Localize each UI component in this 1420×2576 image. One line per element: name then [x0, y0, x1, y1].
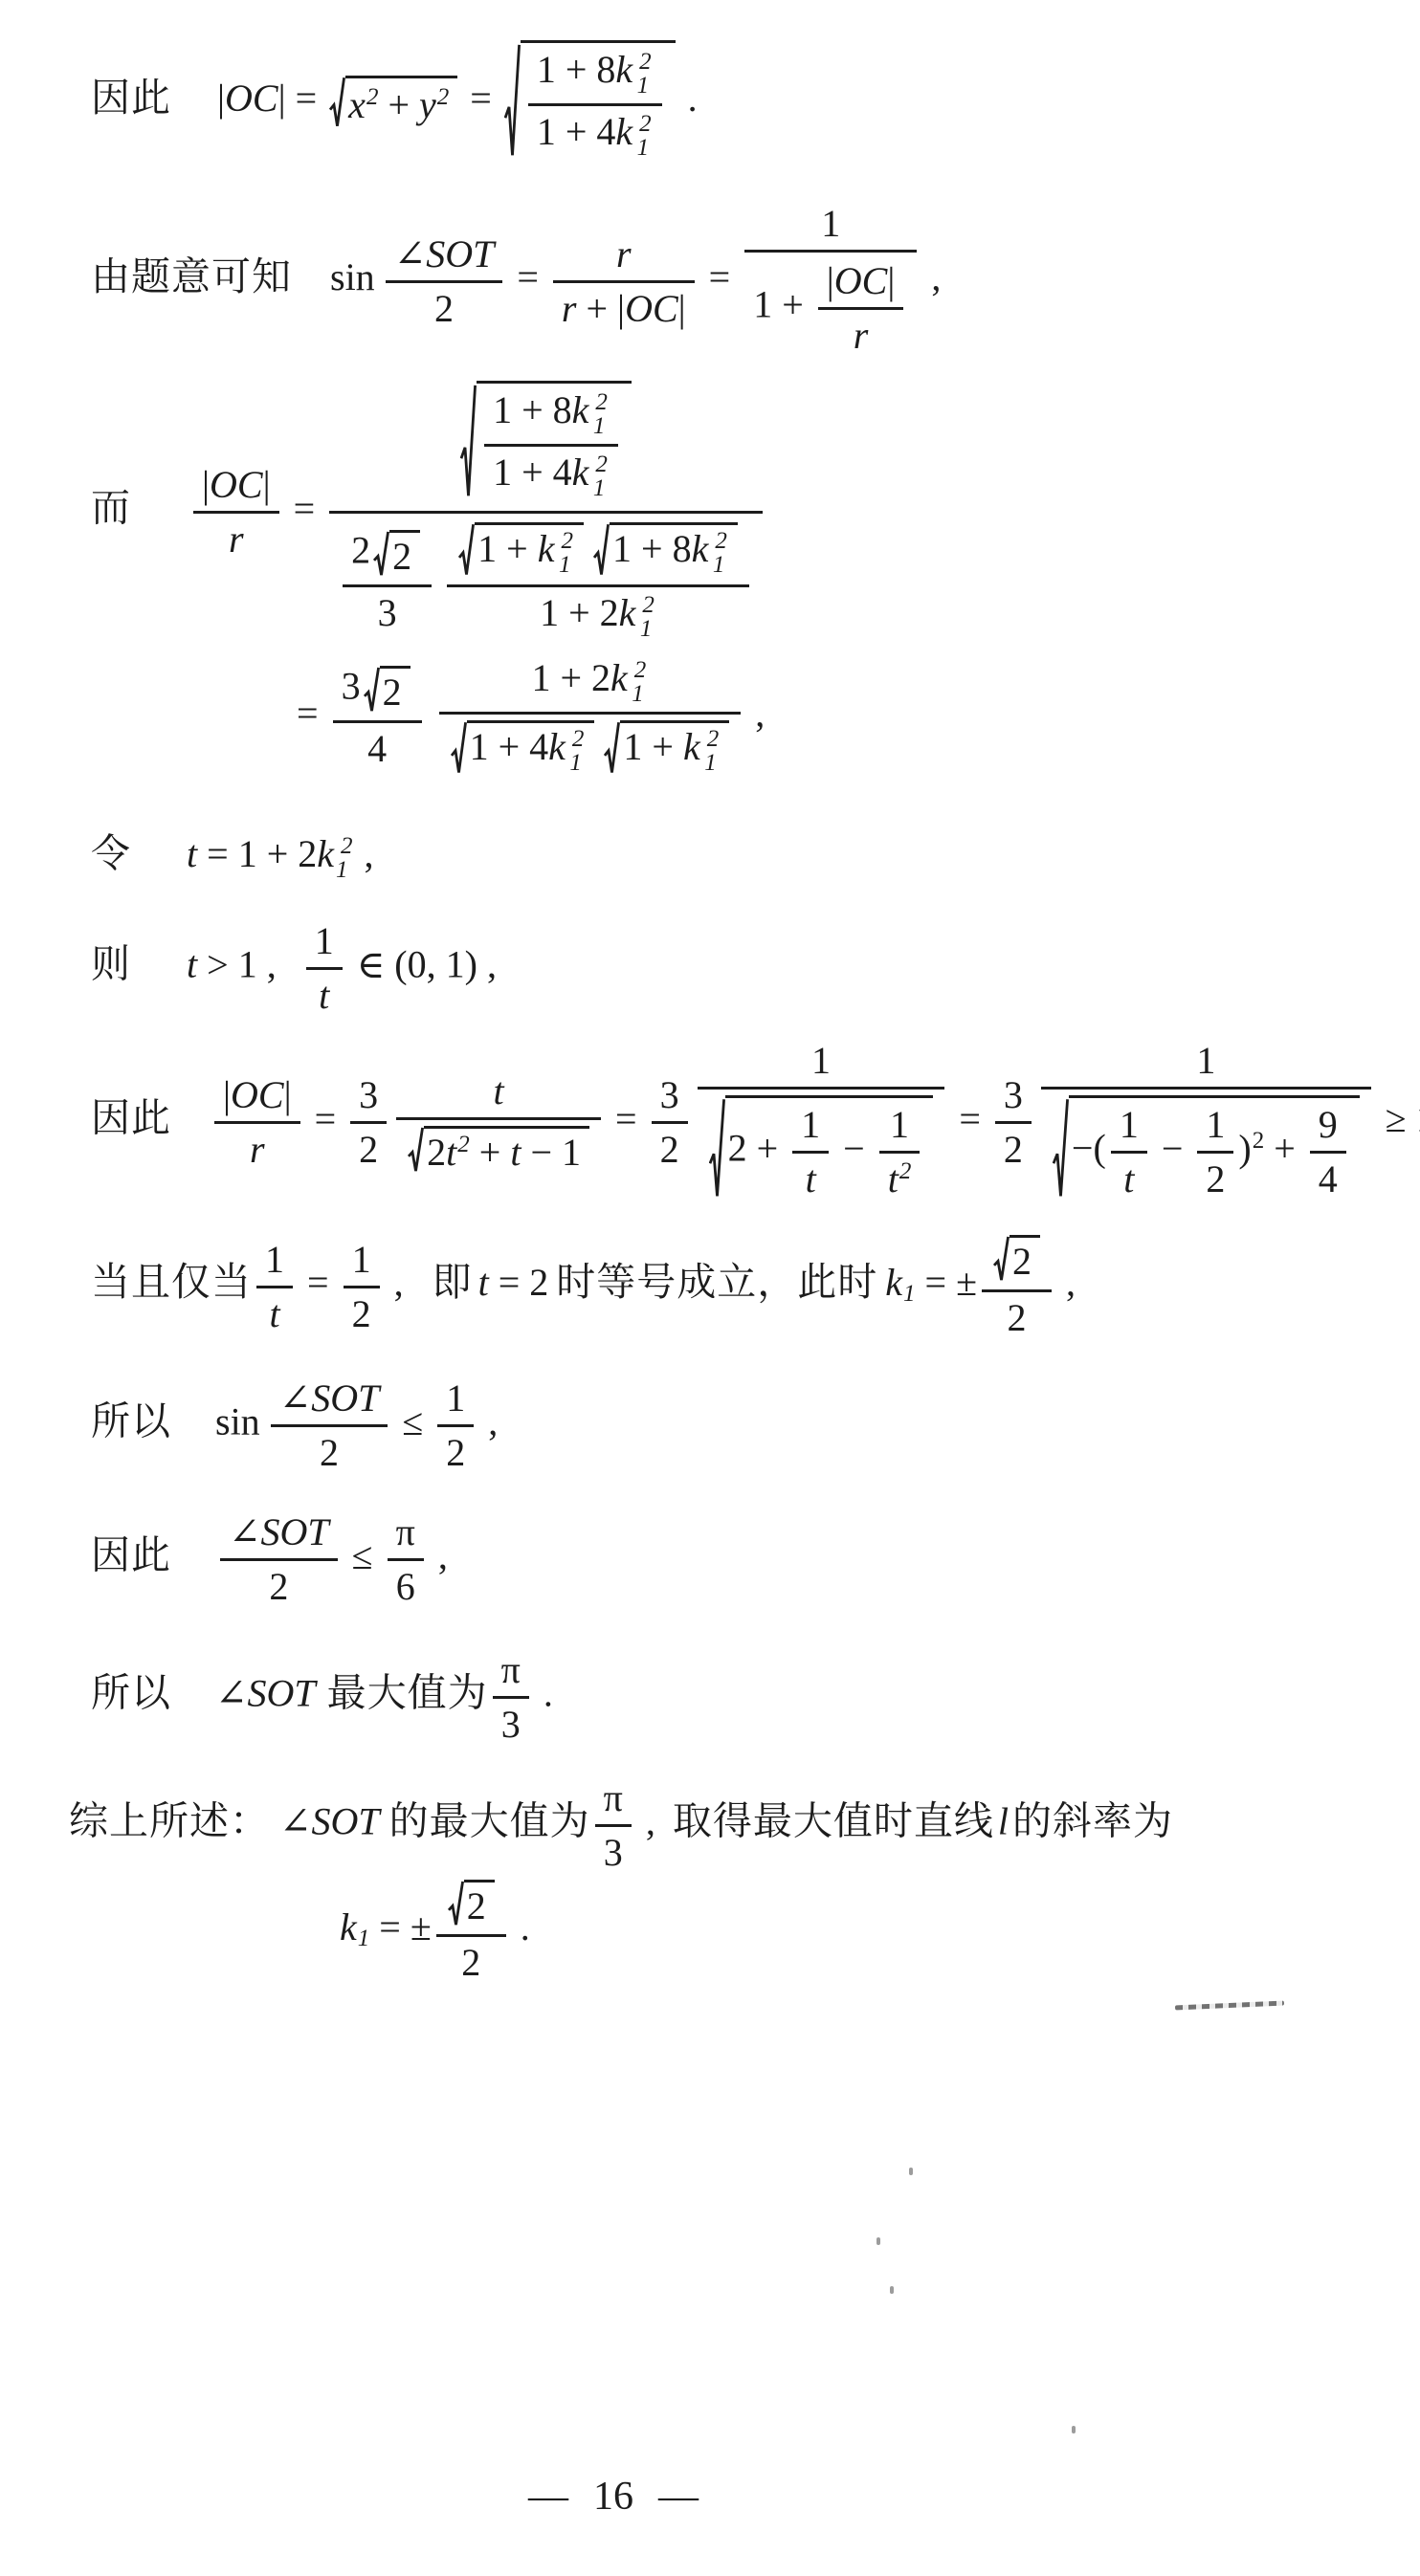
math-operator: +	[556, 110, 597, 153]
fraction-numerator: 3	[995, 1072, 1032, 1124]
math-text: ,	[355, 832, 374, 875]
math-text: 1	[623, 725, 642, 768]
math-fraction: 1t	[1111, 1102, 1147, 1202]
math-variable: k21	[317, 832, 354, 875]
chinese-text: 而	[91, 486, 131, 530]
math-text: 1	[537, 110, 556, 153]
math-sqrt: 1+8k211+4k21	[504, 40, 676, 165]
math-operator: −	[1152, 1127, 1193, 1170]
fraction-denominator: 1+4k21	[484, 447, 618, 503]
math-text: ,	[477, 943, 497, 986]
math-text: 1	[352, 1238, 371, 1281]
math-line-11: 所以∠SOT最大值为π3 .	[91, 1647, 553, 1748]
math-line-2: 由题意可知sin∠SOT2=rr+|OC|=11+|OC|r ,	[91, 201, 941, 362]
fraction-numerator: π	[493, 1647, 529, 1699]
chinese-text: 即	[433, 1260, 473, 1304]
math-fraction: ∠SOT2	[220, 1509, 338, 1610]
math-line-10: 因此∠SOT2≤π6 ,	[91, 1509, 448, 1610]
fraction-numerator: 1	[1041, 1038, 1371, 1090]
math-operator: =	[305, 1097, 346, 1140]
math-text: 3	[604, 1831, 623, 1874]
math-text: 4	[596, 110, 615, 153]
math-text: ∠	[229, 1510, 261, 1553]
math-operator: +	[512, 388, 553, 431]
footer-dash-right: —	[658, 2474, 699, 2520]
chinese-text: 的斜率为	[1012, 1799, 1173, 1843]
fraction-numerator: 1	[256, 1237, 293, 1288]
math-text: 1	[493, 388, 512, 431]
math-sqrt: 2	[993, 1235, 1040, 1284]
superscript: 2	[562, 529, 574, 553]
math-line-3: 而|OC|r=1+8k211+4k212231+k211+8k211+2k21	[91, 378, 767, 647]
math-text: ,	[385, 1261, 404, 1304]
math-text: .	[534, 1672, 553, 1715]
math-text: |	[263, 463, 271, 506]
math-fraction: 12	[1197, 1102, 1233, 1202]
math-fraction: 12	[437, 1376, 474, 1476]
fraction-denominator: t	[792, 1154, 829, 1202]
fraction-denominator: r	[193, 514, 279, 562]
fraction-numerator: 1	[879, 1102, 921, 1154]
math-line-7: 因此|OC|r=32t2t2+t−1=3212+1t−1t2=321−(1t−1…	[91, 1038, 1420, 1207]
math-text: |	[223, 1073, 231, 1116]
fraction-denominator: r	[214, 1124, 300, 1173]
superscript: 2	[366, 84, 379, 110]
fraction-denominator: t	[256, 1288, 293, 1337]
math-text: 3	[359, 1073, 378, 1116]
math-text: ,	[636, 1800, 655, 1843]
sqrt-content: 2	[1010, 1235, 1040, 1284]
math-variable: SOT	[261, 1510, 329, 1553]
math-text: 2	[434, 287, 454, 330]
math-sqrt: 2	[373, 530, 420, 579]
superscript: 2	[595, 452, 608, 476]
math-text: 2	[1004, 1128, 1023, 1171]
fraction-numerator: 1	[306, 918, 343, 970]
math-variable: t	[1123, 1157, 1134, 1200]
math-operator: ∈	[347, 943, 395, 986]
math-text: |	[887, 259, 895, 302]
scan-speck	[909, 2168, 913, 2175]
math-fraction: ∠SOT2	[271, 1376, 388, 1476]
math-text: 1	[1196, 1039, 1215, 1082]
math-variable: t	[187, 832, 197, 875]
math-variable: k21	[572, 388, 610, 431]
math-text: 4	[553, 451, 572, 494]
math-line-5: 令t=1+2k21 ,	[91, 830, 374, 882]
math-operator: ≤	[343, 1534, 383, 1577]
math-fraction: |OC|r	[818, 258, 904, 359]
superscript: 2	[457, 1132, 470, 1157]
math-operator: =	[298, 1261, 339, 1304]
math-line-12: 综上所述：∠SOT的最大值为π3 ,取得最大值时直线l的斜率为	[69, 1775, 1173, 1876]
math-text: ,	[1056, 1261, 1076, 1304]
fraction-denominator: 2	[982, 1292, 1052, 1341]
math-scripts: 21	[710, 529, 727, 577]
superscript: 2	[899, 1158, 912, 1184]
subscript: 1	[710, 553, 727, 577]
math-text: 1	[446, 1376, 465, 1420]
sqrt-content: 2t2+t−1	[424, 1126, 589, 1175]
subscript: 1	[634, 74, 652, 98]
math-sqrt: 1+8k21	[593, 522, 738, 579]
fraction-numerator: 1+8k211+4k21	[329, 378, 763, 514]
math-text: 1	[821, 202, 840, 245]
math-operator: +	[470, 1131, 511, 1174]
math-text: ±	[410, 1905, 432, 1949]
math-operator: +	[1264, 1127, 1305, 1170]
math-sqrt: 2t2+t−1	[408, 1126, 589, 1175]
math-text: 1	[562, 1131, 581, 1174]
page-footer: — 16 —	[528, 2474, 699, 2520]
math-operator: ≥	[1376, 1097, 1416, 1140]
math-fraction: π3	[493, 1647, 529, 1748]
chinese-text: 取得最大值时直线	[673, 1799, 994, 1843]
fraction-denominator: 2	[1197, 1154, 1233, 1202]
scan-speck	[890, 2286, 894, 2294]
math-text: ∠	[279, 1376, 312, 1420]
sqrt-content: 1+k21	[475, 522, 584, 579]
math-variable: k21	[538, 527, 575, 570]
math-text: 1	[801, 1103, 820, 1146]
math-fraction: 1+8k211+4k212231+k211+8k211+2k21	[329, 378, 763, 647]
math-text: |	[217, 77, 225, 120]
math-variable: SOT	[311, 1376, 379, 1420]
math-variable: k1	[885, 1261, 915, 1304]
math-operator: =	[286, 77, 327, 120]
math-variable: k21	[615, 48, 653, 91]
math-fraction: 32	[350, 1072, 387, 1173]
footer-dash-left: —	[528, 2474, 568, 2520]
chinese-text: 因此	[91, 1533, 171, 1577]
math-variable: OC	[834, 259, 888, 302]
superscript: 2	[572, 727, 585, 751]
math-text: ±	[956, 1261, 977, 1304]
sqrt-content: 1+8k211+4k21	[477, 381, 632, 505]
math-variable: SOT	[248, 1672, 316, 1715]
sqrt-content: 2+1t−1t2	[725, 1095, 934, 1204]
math-text: 4	[367, 727, 387, 770]
math-sqrt: 1+k21	[458, 522, 584, 579]
sqrt-content: 2	[389, 530, 420, 579]
math-text: |	[617, 287, 625, 330]
subscript: 1	[702, 751, 720, 775]
subscript: 1	[567, 751, 585, 775]
chinese-text: 因此	[91, 1096, 171, 1140]
fraction-numerator: 1	[437, 1376, 474, 1427]
fraction-numerator: 2	[982, 1232, 1052, 1292]
fraction-denominator: 2	[436, 1937, 506, 1986]
math-text: π	[501, 1648, 521, 1691]
fraction-numerator: ∠SOT	[271, 1376, 388, 1427]
math-text: 1	[265, 1238, 284, 1281]
fraction-numerator: 3	[652, 1072, 688, 1124]
chinese-text: 因此	[91, 76, 171, 120]
chinese-text: 由题意可知	[91, 254, 292, 298]
superscript: 2	[595, 390, 608, 414]
fraction-numerator: 2	[436, 1877, 506, 1937]
math-text: 1	[493, 451, 512, 494]
math-variable: k21	[615, 110, 653, 153]
fraction-numerator: 3	[350, 1072, 387, 1124]
subscript: 1	[637, 617, 655, 641]
fraction-denominator: 2	[271, 1427, 388, 1476]
math-variable: OC	[225, 77, 278, 120]
math-text: ,	[257, 943, 277, 986]
math-text: 8	[553, 388, 572, 431]
math-scripts: 21	[634, 50, 652, 98]
fraction-denominator: −(1t−12)2+94	[1041, 1090, 1371, 1207]
math-text: )2	[1238, 1127, 1264, 1170]
fraction-numerator: |OC|	[193, 462, 279, 514]
sqrt-content: 1+8k21	[610, 522, 738, 579]
math-text: 3	[660, 1073, 679, 1116]
fraction-denominator: 2	[344, 1288, 380, 1337]
math-fraction: 12	[344, 1237, 380, 1337]
math-text: .	[678, 77, 698, 120]
math-variable: OC	[231, 1073, 284, 1116]
math-fraction: 1−(1t−12)2+94	[1041, 1038, 1371, 1207]
math-operator: =	[507, 255, 548, 298]
math-operator: ≤	[392, 1400, 433, 1443]
fraction-numerator: ∠SOT	[386, 231, 503, 283]
fraction-denominator: 2	[350, 1124, 387, 1173]
math-sqrt: 1+8k211+4k21	[460, 381, 632, 505]
math-fraction: π3	[595, 1775, 632, 1876]
math-line-6: 则t>1 ,1t∈(0, 1) ,	[91, 918, 497, 1019]
math-text: .	[511, 1905, 530, 1949]
fraction-numerator: t	[396, 1068, 601, 1120]
subscript: 1	[634, 136, 652, 160]
page-number: 16	[593, 2474, 633, 2520]
math-operator: =	[460, 77, 501, 120]
fraction-denominator: t	[306, 970, 343, 1019]
fraction-denominator: t2	[879, 1154, 921, 1202]
superscript: 2	[707, 727, 720, 751]
math-variable: t	[269, 1292, 279, 1335]
math-variable: t2	[888, 1157, 912, 1200]
math-operator: =	[287, 692, 328, 735]
chinese-text: 最大值为	[327, 1671, 488, 1715]
fraction-denominator: 2	[995, 1124, 1032, 1173]
math-operator: =	[197, 832, 238, 875]
fraction-numerator: 1	[744, 201, 917, 253]
math-scripts: 21	[590, 390, 608, 438]
math-variable: r	[229, 517, 244, 561]
math-text: 2	[320, 1431, 339, 1474]
sqrt-content: 1+4k21	[467, 720, 595, 777]
fraction-numerator: 9	[1310, 1102, 1346, 1154]
math-variable: t	[478, 1261, 489, 1304]
radical-icon	[458, 522, 475, 579]
fraction-denominator: 3	[343, 587, 432, 636]
fraction-numerator: ∠SOT	[220, 1509, 338, 1561]
math-text: (0, 1)	[394, 943, 477, 986]
math-text: 1	[1416, 1097, 1420, 1140]
math-variable: k21	[572, 451, 610, 494]
superscript: 2	[634, 658, 647, 682]
math-text: sin	[330, 255, 375, 298]
math-variable: k21	[610, 656, 648, 699]
fraction-numerator: π	[388, 1509, 424, 1561]
subscript: 1	[557, 553, 574, 577]
math-text: 3	[1004, 1073, 1023, 1116]
math-text: 2	[467, 1884, 486, 1927]
fraction-denominator: 2+1t−1t2	[698, 1090, 945, 1207]
math-operator: >	[197, 943, 238, 986]
math-variable: t	[187, 943, 197, 986]
math-variable: k1	[340, 1905, 369, 1949]
math-variable: y2	[419, 83, 449, 126]
math-variable: l	[998, 1800, 1009, 1843]
math-text: ∠	[394, 232, 427, 275]
superscript: 2	[1253, 1128, 1265, 1154]
document-page: 因此|OC|=x2+y2=1+8k211+4k21 .由题意可知sin∠SOT2…	[0, 0, 1420, 2576]
sqrt-content: 1+8k211+4k21	[521, 40, 676, 165]
math-text: 2	[359, 1128, 378, 1171]
radical-icon	[993, 1235, 1010, 1284]
fraction-denominator: 2	[220, 1561, 338, 1610]
subscript: 1	[630, 682, 647, 706]
math-operator: +	[497, 527, 538, 570]
math-text: ,	[921, 255, 941, 298]
math-fraction: 22	[982, 1232, 1052, 1341]
math-text: |	[678, 287, 686, 330]
math-fraction: 22	[436, 1877, 506, 1986]
fraction-denominator: 2	[652, 1124, 688, 1173]
math-fraction: 324	[333, 663, 422, 772]
chinese-text: 令	[91, 831, 131, 875]
math-text: sin	[215, 1400, 260, 1443]
scan-speck	[1072, 2426, 1076, 2433]
math-operator: =	[916, 1261, 957, 1304]
math-sqrt: 1+4k21	[451, 720, 595, 777]
math-operator: =	[369, 1905, 410, 1949]
math-variable: x2	[348, 83, 378, 126]
math-line-8: 当且仅当1t=12 ,即t=2时等号成立，此时k1=±22 ,	[91, 1232, 1076, 1341]
fraction-denominator: r	[818, 310, 904, 359]
superscript: 2	[639, 112, 652, 136]
math-text: 2	[351, 529, 370, 572]
math-text: 3	[378, 591, 397, 634]
math-text: 2	[1206, 1157, 1225, 1200]
chinese-text: 所以	[91, 1399, 171, 1443]
chinese-text: 则	[91, 942, 131, 986]
math-text: 4	[1319, 1157, 1338, 1200]
math-text: 2	[298, 832, 317, 875]
math-text: 1	[1120, 1103, 1139, 1146]
scan-speck	[876, 2237, 880, 2245]
math-fraction: |OC|r	[193, 462, 279, 562]
subscript: 1	[336, 858, 353, 882]
fraction-numerator: 1	[1197, 1102, 1233, 1154]
math-scripts: 21	[557, 529, 574, 577]
math-line-1: 因此|OC|=x2+y2=1+8k211+4k21 .	[91, 40, 698, 165]
math-text: 2	[461, 1941, 480, 1984]
math-text: |	[284, 1073, 292, 1116]
math-text: ,	[429, 1534, 448, 1577]
math-variable: r	[562, 287, 577, 330]
superscript: 2	[715, 529, 727, 553]
math-text: 3	[342, 665, 361, 708]
math-text: 2	[352, 1292, 371, 1335]
math-variable: r	[250, 1128, 265, 1171]
fraction-numerator: 1	[344, 1237, 380, 1288]
math-scripts: 21	[590, 452, 608, 500]
math-text: |	[278, 77, 286, 120]
math-text: 2	[600, 591, 619, 634]
math-operator: +	[632, 527, 673, 570]
subscript: 1	[590, 476, 608, 500]
math-fraction: 12+1t−1t2	[698, 1038, 945, 1207]
math-fraction: 1+8k211+4k21	[528, 47, 662, 163]
fraction-denominator: 3	[493, 1699, 529, 1748]
math-text: 1	[612, 527, 632, 570]
math-text: π	[396, 1510, 415, 1553]
superscript: 2	[642, 593, 655, 617]
fraction-numerator: 1	[792, 1102, 829, 1154]
math-operator: +	[772, 283, 813, 326]
math-fraction: 1t	[792, 1102, 829, 1202]
math-fraction: π6	[388, 1509, 424, 1610]
math-text: |	[827, 259, 834, 302]
math-operator: +	[489, 725, 530, 768]
math-scripts: 21	[567, 727, 585, 775]
math-fraction: ∠SOT2	[386, 231, 503, 332]
math-variable: SOT	[426, 232, 494, 275]
math-fraction: 32	[995, 1072, 1032, 1173]
fraction-denominator: 4	[333, 723, 422, 772]
sqrt-content: 2	[380, 666, 410, 715]
math-text: 2	[383, 671, 402, 714]
math-operator: +	[559, 591, 600, 634]
math-variable: k21	[692, 527, 729, 570]
math-text: 1	[477, 527, 497, 570]
math-text: 1	[537, 48, 556, 91]
math-text: 1	[470, 725, 489, 768]
math-variable: t2	[446, 1131, 470, 1174]
chinese-text: 当且仅当	[91, 1260, 252, 1304]
fraction-denominator: 1+4k21	[528, 106, 662, 163]
fraction-denominator: 2	[437, 1427, 474, 1476]
fraction-numerator: 1	[698, 1038, 945, 1090]
math-fraction: 94	[1310, 1102, 1346, 1202]
math-operator: =	[284, 487, 325, 530]
math-operator: +	[512, 451, 553, 494]
fraction-denominator: 1+|OC|r	[744, 253, 917, 362]
fraction-denominator: 2t2+t−1	[396, 1120, 601, 1178]
math-text: |	[202, 463, 210, 506]
radical-icon	[448, 1880, 464, 1928]
math-fraction: 11+|OC|r	[744, 201, 917, 362]
radical-icon	[604, 720, 620, 777]
math-text: 4	[529, 725, 548, 768]
sqrt-content: 2	[464, 1880, 495, 1928]
math-variable: k21	[683, 725, 721, 768]
math-text: 1	[1206, 1103, 1225, 1146]
math-text: 8	[673, 527, 692, 570]
sqrt-content: 1+k21	[620, 720, 729, 777]
math-operator: +	[576, 287, 617, 330]
handwritten-pen-mark	[1175, 2001, 1284, 2011]
radical-icon	[364, 666, 380, 715]
fraction-numerator: |OC|	[818, 258, 904, 310]
math-variable: t	[319, 974, 329, 1017]
radical-icon	[373, 530, 389, 579]
fraction-numerator: 1+2k21	[439, 655, 742, 715]
math-sqrt: 2	[364, 666, 410, 715]
math-text: 2	[427, 1131, 446, 1174]
